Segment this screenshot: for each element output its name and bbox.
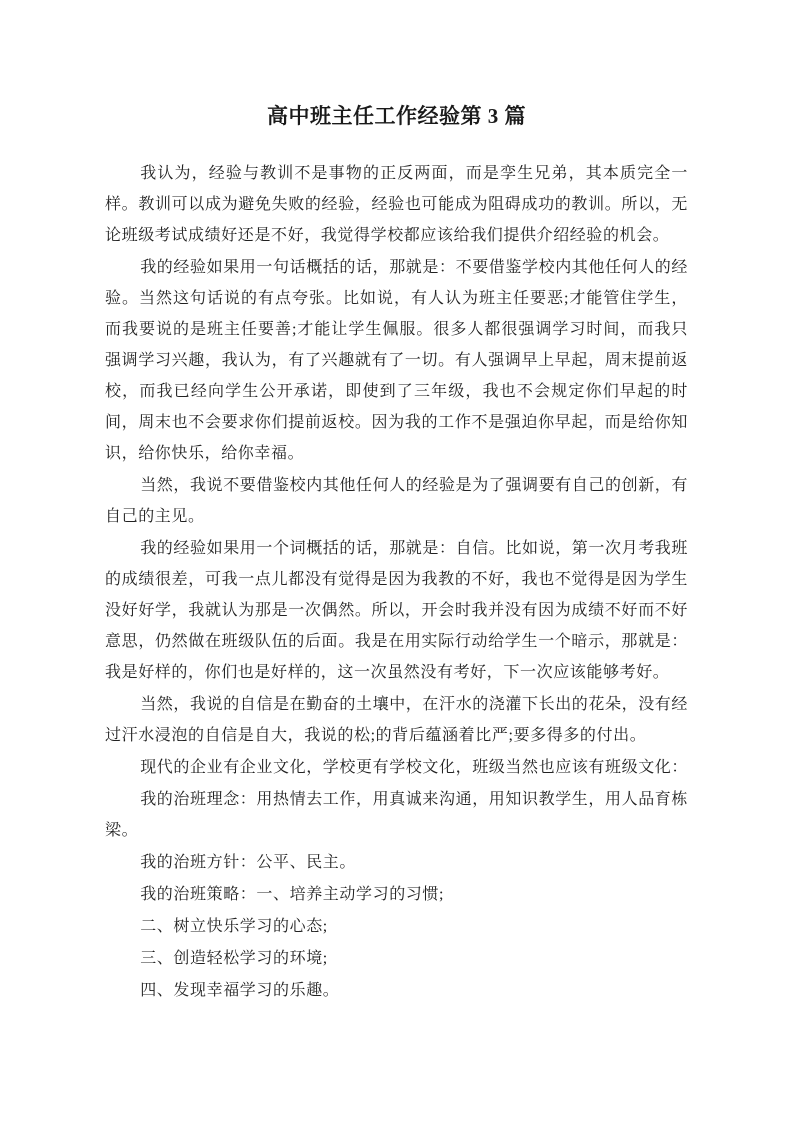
paragraph: 我的治班方针：公平、民主。 bbox=[105, 847, 688, 878]
paragraph: 我认为，经验与教训不是事物的正反两面，而是孪生兄弟，其本质完全一样。教训可以成为… bbox=[105, 158, 688, 251]
document-page: 高中班主任工作经验第 3 篇 我认为，经验与教训不是事物的正反两面，而是孪生兄弟… bbox=[0, 0, 793, 1122]
paragraph: 我的经验如果用一句话概括的话，那就是：不要借鉴学校内其他任何人的经验。当然这句话… bbox=[105, 252, 688, 469]
paragraph: 我的治班理念：用热情去工作，用真诚来沟通，用知识教学生，用人品育栋梁。 bbox=[105, 784, 688, 846]
paragraph: 当然，我说不要借鉴校内其他任何人的经验是为了强调要有自己的创新，有自己的主见。 bbox=[105, 470, 688, 532]
paragraph: 三、创造轻松学习的环境; bbox=[105, 943, 688, 974]
paragraph: 我的治班策略：一、培养主动学习的习惯; bbox=[105, 879, 688, 910]
paragraph: 二、树立快乐学习的心态; bbox=[105, 911, 688, 942]
paragraph: 我的经验如果用一个词概括的话，那就是：自信。比如说，第一次月考我班的成绩很差，可… bbox=[105, 533, 688, 688]
document-title: 高中班主任工作经验第 3 篇 bbox=[105, 101, 688, 131]
paragraph: 当然，我说的自信是在勤奋的土壤中，在汗水的浇灌下长出的花朵，没有经过汗水浸泡的自… bbox=[105, 689, 688, 751]
paragraph: 四、发现幸福学习的乐趣。 bbox=[105, 975, 688, 1006]
paragraph: 现代的企业有企业文化，学校更有学校文化，班级当然也应该有班级文化： bbox=[105, 752, 688, 783]
document-body: 我认为，经验与教训不是事物的正反两面，而是孪生兄弟，其本质完全一样。教训可以成为… bbox=[105, 158, 688, 1006]
